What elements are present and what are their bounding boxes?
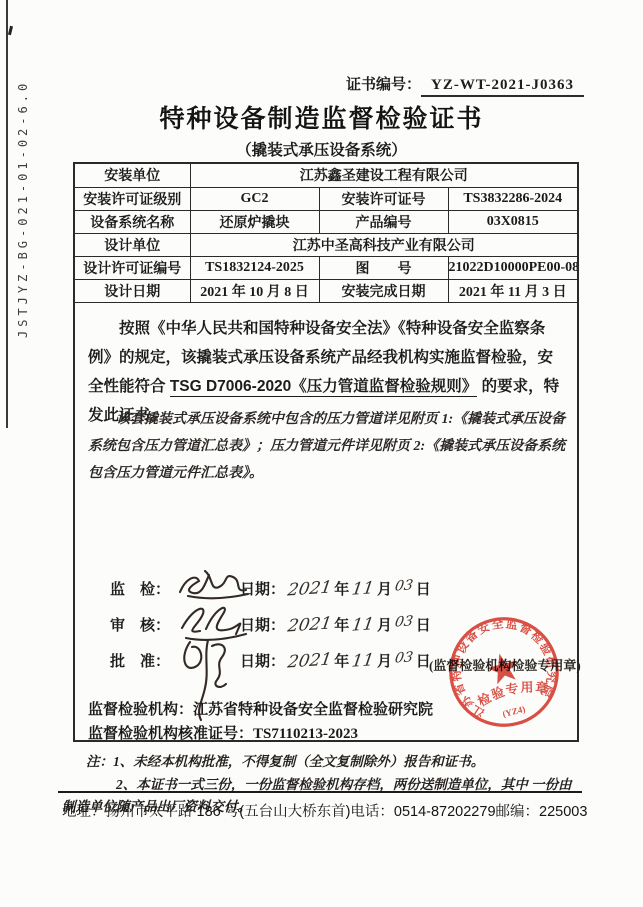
cell-license-no-label: 安装许可证号 [319, 187, 448, 210]
table-row: 设备系统名称 还原炉撬块 产品编号 03X0815 [75, 210, 577, 233]
table-row: 安装单位 江苏鑫圣建设工程有限公司 [75, 164, 577, 187]
scan-mark-artifact [8, 26, 13, 35]
cell-product-no-value: 03X0815 [448, 210, 577, 233]
date-year-handwritten: 2021 [283, 613, 336, 636]
cell-install-done-label: 安装完成日期 [319, 279, 448, 302]
table-row: 设计日期 2021 年 10 月 8 日 安装完成日期 2021 年 11 月 … [75, 279, 577, 302]
cell-design-date-label: 设计日期 [75, 279, 190, 302]
month-unit: 月 [377, 618, 392, 634]
certificate-number-value: YZ-WT-2021-J0363 [421, 77, 584, 97]
certificate-page: JSTJYZ-BG-021-01-02-6.0 证书编号：YZ-WT-2021-… [0, 0, 643, 907]
cell-license-level-value: GC2 [190, 187, 319, 210]
note-line-1: 注：1、未经本机构批准，不得复制（全文复制除外）报告和证书。 [62, 751, 578, 774]
cell-drawing-no-label: 图 号 [319, 256, 448, 279]
certificate-number-line: 证书编号：YZ-WT-2021-J0363 [346, 73, 584, 94]
seal-star-icon [484, 650, 521, 686]
month-unit: 月 [377, 582, 392, 598]
cell-design-date-value: 2021 年 10 月 8 日 [190, 279, 319, 302]
cell-system-name-label: 设备系统名称 [75, 210, 190, 233]
inspection-org-line: 监督检验机构：江苏省特种设备安全监督检验研究院 [88, 698, 433, 719]
date-month-handwritten: 11 [348, 614, 379, 636]
approver-date: 日期：2021年11月03日 [240, 650, 431, 671]
cell-design-license-value: TS1832124-2025 [190, 256, 319, 279]
inspection-org-value: 江苏省特种设备安全监督检验研究院 [193, 702, 433, 718]
day-unit: 日 [416, 582, 431, 598]
footer-contact-line: 地址：扬州市太平路 186 号(五台山大桥东首) 电话：0514-8720227… [62, 800, 580, 821]
page-title: 特种设备制造监督检验证书 [0, 99, 643, 135]
equipment-info-table: 安装单位 江苏鑫圣建设工程有限公司 安装许可证级别 GC2 安装许可证号 TS3… [75, 164, 577, 303]
page-subtitle: （撬装式承压设备系统） [0, 138, 643, 160]
cell-drawing-no-value: 21022D10000PE00-08 [448, 256, 577, 279]
cell-license-level-label: 安装许可证级别 [75, 187, 190, 210]
footer-address: 地址：扬州市太平路 186 号(五台山大桥东首) [62, 800, 350, 821]
cell-design-license-label: 设计许可证编号 [75, 256, 190, 279]
footer-divider [58, 791, 582, 793]
footer-zip: 邮编：225003 [496, 800, 588, 821]
certificate-number-label: 证书编号： [346, 77, 421, 93]
table-row: 安装许可证级别 GC2 安装许可证号 TS3832286-2024 [75, 187, 577, 210]
appendix-paragraph: 该套撬装式承压设备系统中包含的压力管道详见附页 1:《撬装式承压设备系统包含压力… [88, 406, 566, 487]
approver-signature [178, 642, 240, 678]
date-year-handwritten: 2021 [283, 649, 336, 672]
cell-install-unit-label: 安装单位 [75, 164, 190, 187]
inspection-org-cert-value: TS7110213-2023 [253, 726, 358, 742]
approver-label: 批 准： [110, 650, 178, 671]
date-day-handwritten: 03 [391, 649, 417, 667]
date-month-handwritten: 11 [348, 578, 379, 600]
date-day-handwritten: 03 [391, 613, 417, 631]
inspector-label: 监 检： [110, 578, 178, 599]
footer-phone: 电话：0514-87202279 [350, 800, 495, 821]
cell-install-done-value: 2021 年 11 月 3 日 [448, 279, 577, 302]
date-day-handwritten: 03 [391, 577, 417, 595]
statement-regulation-underlined: TSG D7006-2020《压力管道监督检验规则》 [170, 378, 478, 397]
month-unit: 月 [377, 654, 392, 670]
reviewer-date: 日期：2021年11月03日 [240, 614, 431, 635]
date-month-handwritten: 11 [348, 650, 379, 672]
seal-code-text: (YZ4) [501, 704, 526, 719]
inspector-date: 日期：2021年11月03日 [240, 578, 431, 599]
cell-design-unit-label: 设计单位 [75, 233, 190, 256]
cell-system-name-value: 还原炉撬块 [190, 210, 319, 233]
day-unit: 日 [416, 618, 431, 634]
cell-product-no-label: 产品编号 [319, 210, 448, 233]
table-row: 设计许可证编号 TS1832124-2025 图 号 21022D10000PE… [75, 256, 577, 279]
scan-edge-artifact [6, 0, 8, 428]
cell-install-unit-value: 江苏鑫圣建设工程有限公司 [190, 164, 577, 187]
table-row: 设计单位 江苏中圣高科技产业有限公司 [75, 233, 577, 256]
inspection-org-cert-line: 监督检验机构核准证号：TS7110213-2023 [88, 722, 358, 743]
date-year-handwritten: 2021 [283, 577, 336, 600]
inspection-org-cert-label: 监督检验机构核准证号： [88, 726, 253, 742]
reviewer-label: 审 核： [110, 614, 178, 635]
cell-design-unit-value: 江苏中圣高科技产业有限公司 [190, 233, 577, 256]
cell-license-no-value: TS3832286-2024 [448, 187, 577, 210]
inspection-org-label: 监督检验机构： [88, 702, 193, 718]
